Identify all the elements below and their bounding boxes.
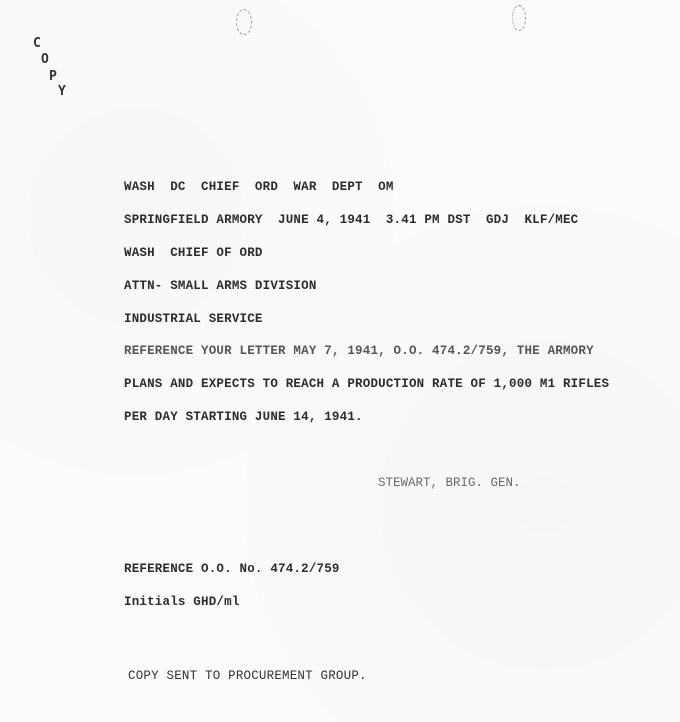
service-line: INDUSTRIAL SERVICE — [124, 312, 263, 326]
punch-hole-mark — [236, 9, 252, 35]
body-line: REFERENCE YOUR LETTER MAY 7, 1941, O.O. … — [124, 344, 594, 358]
copy-stamp-letter: Y — [58, 84, 66, 99]
body-line: PER DAY STARTING JUNE 14, 1941. — [124, 410, 363, 424]
signature: STEWART, BRIG. GEN. — [378, 476, 521, 490]
body-line: PLANS AND EXPECTS TO REACH A PRODUCTION … — [124, 377, 609, 391]
recipient-line: WASH CHIEF OF ORD — [124, 246, 263, 260]
copy-stamp-letter: C — [33, 36, 41, 51]
copy-distribution-note: COPY SENT TO PROCUREMENT GROUP. — [128, 669, 367, 683]
copy-stamp-letter: O — [41, 52, 49, 67]
origin-dateline: SPRINGFIELD ARMORY JUNE 4, 1941 3.41 PM … — [124, 213, 578, 227]
attention-line: ATTN- SMALL ARMS DIVISION — [124, 279, 317, 293]
document-page: C O P Y WASH DC CHIEF ORD WAR DEPT OM SP… — [0, 0, 680, 722]
addressee-line: WASH DC CHIEF ORD WAR DEPT OM — [124, 180, 394, 194]
punch-hole-mark — [512, 5, 526, 31]
copy-stamp-letter: P — [49, 69, 57, 84]
initials: Initials GHD/ml — [124, 595, 240, 609]
reference-number: REFERENCE O.O. No. 474.2/759 — [124, 562, 340, 576]
